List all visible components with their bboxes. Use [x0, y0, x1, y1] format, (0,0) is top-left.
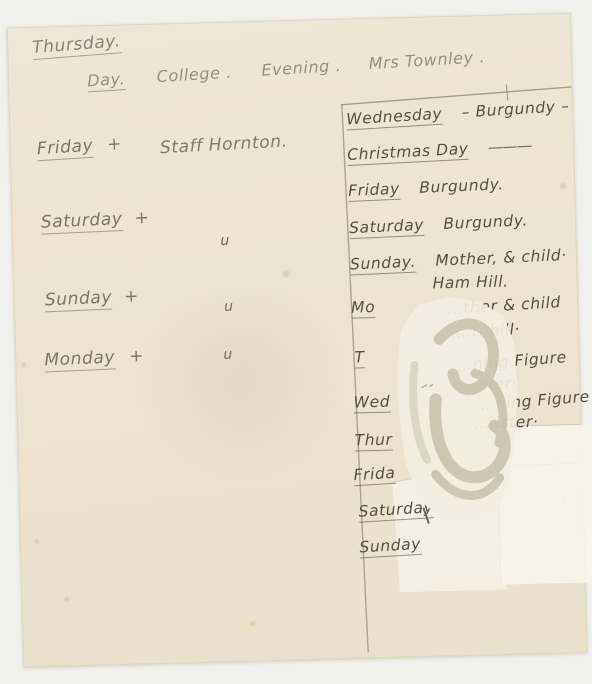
schedule-day: Mo	[351, 298, 376, 319]
notebook-page: Thursday. Day. College . Evening . Mrs T…	[7, 13, 588, 668]
schedule-note: ———	[488, 136, 532, 156]
schedule-day: Friday	[348, 180, 401, 202]
schedule-row-tuesday-fragment: T	[354, 348, 365, 366]
photograph-background: Thursday. Day. College . Evening . Mrs T…	[0, 0, 592, 684]
schedule-day: Saturday	[349, 216, 425, 239]
pencil-tick-mark	[423, 508, 428, 524]
pasted-wash-drawing-patch	[372, 265, 592, 611]
schedule-note: Burgundy.	[419, 175, 504, 197]
schedule-day: T	[354, 348, 365, 368]
schedule-note: Burgundy.	[443, 211, 528, 233]
schedule-row-monday-fragment: Mo	[351, 298, 376, 317]
